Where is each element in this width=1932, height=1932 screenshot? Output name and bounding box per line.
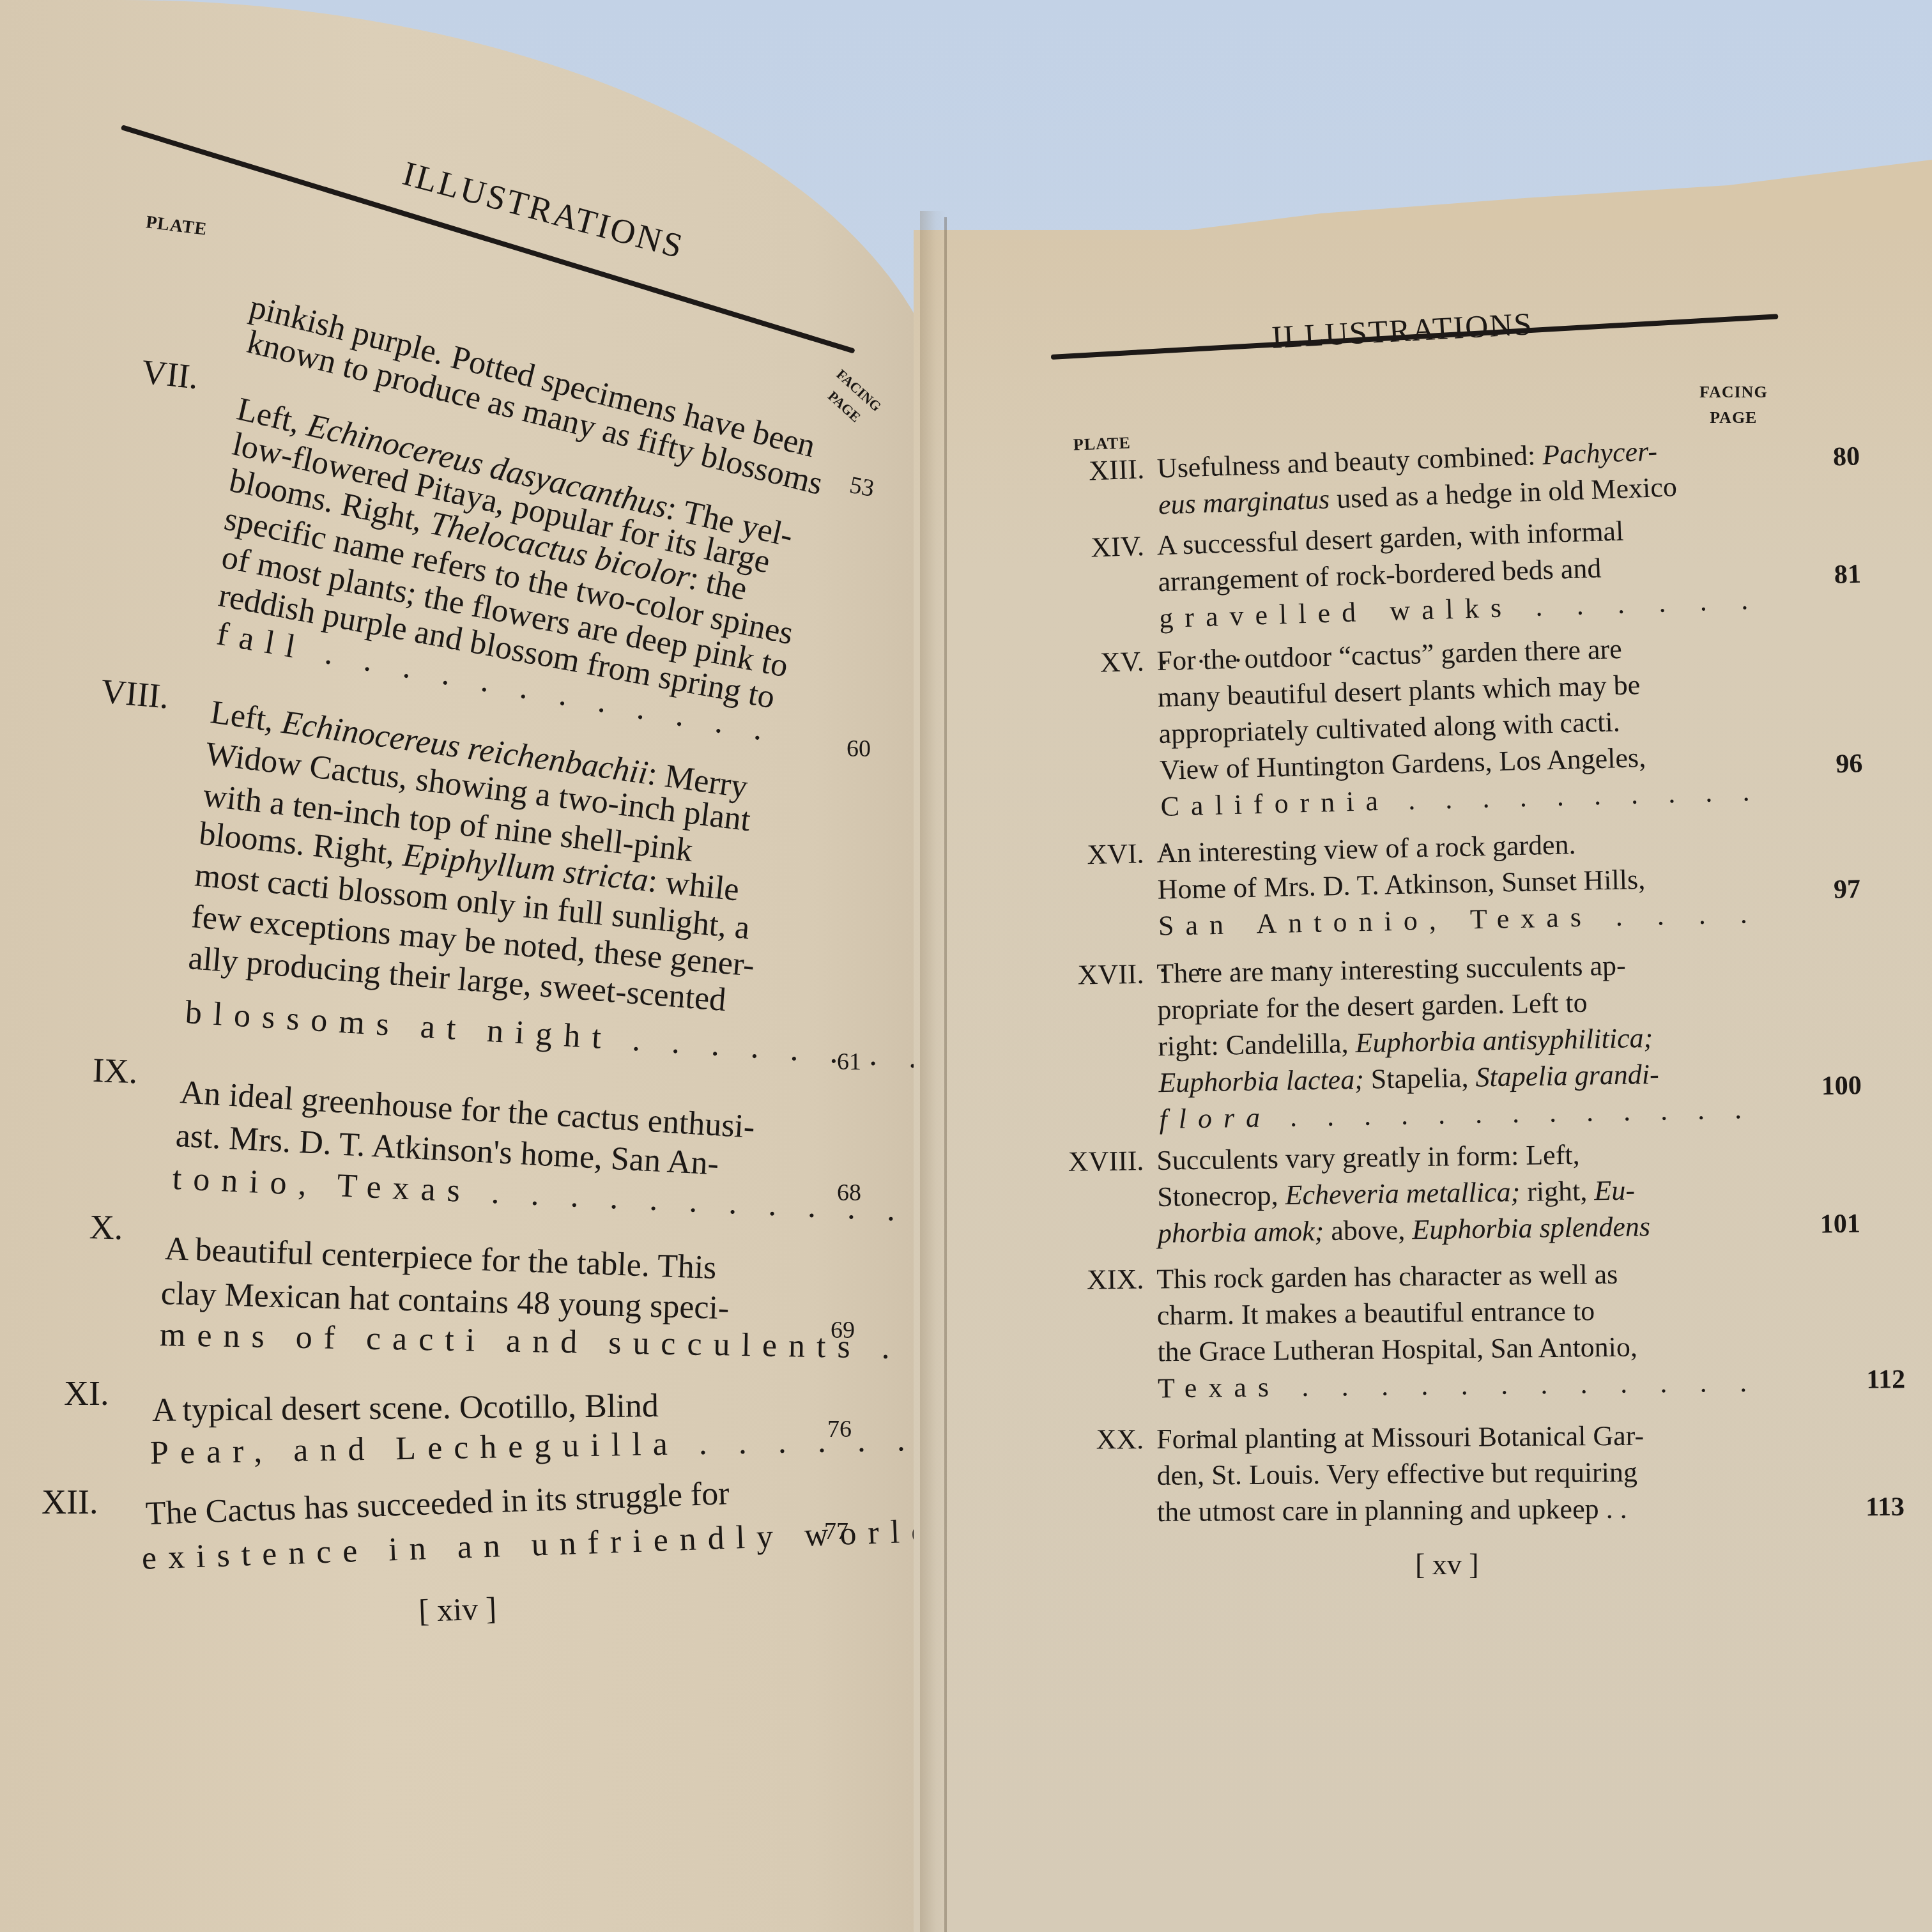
facing-page-number: 100 <box>1821 1068 1862 1105</box>
plate-number: XVI. <box>1061 835 1144 873</box>
page-folio: [ xiv ] <box>418 1590 497 1629</box>
caption-line: charm. It makes a beautiful entrance to <box>1157 1291 1758 1334</box>
book-gutter <box>920 211 946 1932</box>
facing-page-number: 69 <box>831 1316 855 1344</box>
facing-page-number: 97 <box>1833 871 1860 908</box>
plate-number: XX. <box>1061 1421 1144 1458</box>
caption: This rock garden has character as well a… <box>1156 1255 1759 1443</box>
facing-page-number: 61 <box>837 1048 861 1076</box>
facing-page-number: 76 <box>827 1415 852 1443</box>
facing-page-number: 101 <box>1820 1206 1860 1243</box>
plate-number: XI. <box>64 1374 109 1413</box>
facing-page-number: 112 <box>1866 1361 1905 1399</box>
caption-line: This rock garden has character as well a… <box>1156 1255 1758 1298</box>
facing-page-number: 80 <box>1832 438 1860 475</box>
plate-number: XIV. <box>1061 528 1145 567</box>
plate-number: IX. <box>92 1050 139 1091</box>
caption: There are many interesting succulents ap… <box>1156 945 1760 1137</box>
caption: Succulents vary greatly in form: Left, S… <box>1156 1134 1758 1252</box>
title-rule <box>121 125 855 353</box>
facing-page-number: 77 <box>824 1517 848 1545</box>
facing-page-label: FACING PAGE <box>1699 379 1768 431</box>
plate-number: VIII. <box>100 671 171 716</box>
left-page: ILLUSTRATIONS PLATE FACING PAGE pinkish … <box>0 0 952 1932</box>
facing-page-number: 68 <box>837 1179 861 1207</box>
facing-page-number: 81 <box>1834 556 1862 594</box>
caption-line: the utmost care in planning and upkeep .… <box>1157 1489 1758 1530</box>
page-folio: [ xv ] <box>1415 1547 1479 1581</box>
caption-line: Formal planting at Missouri Botanical Ga… <box>1156 1416 1757 1457</box>
facing-page-label: FACING PAGE <box>816 364 886 433</box>
plate-number: XIII. <box>1061 450 1145 490</box>
plate-number: XIX. <box>1061 1261 1144 1298</box>
facing-page-number: 113 <box>1866 1489 1905 1526</box>
page-title: ILLUSTRATIONS <box>399 153 689 266</box>
facing-page-number: 60 <box>847 735 871 763</box>
facing-page-number: 96 <box>1836 746 1863 783</box>
caption-line: den, St. Louis. Very effective but requi… <box>1156 1453 1757 1494</box>
caption-line: the Grace Lutheran Hospital, San Antonio… <box>1157 1328 1758 1370</box>
facing-label-line2: PAGE <box>1699 405 1768 431</box>
plate-number: X. <box>89 1207 123 1247</box>
facing-label-line1: FACING <box>1699 379 1768 405</box>
plate-number: XII. <box>42 1482 98 1522</box>
plate-column-label: PLATE <box>144 212 208 240</box>
plate-number: XV. <box>1061 643 1144 682</box>
caption-line: A typical desert scene. Ocotillo, Blind <box>152 1387 659 1429</box>
plate-number: XVII. <box>1061 956 1144 993</box>
facing-page-number: 53 <box>847 471 876 503</box>
book-spine-fold <box>944 217 947 1932</box>
plate-number: VII. <box>140 352 200 397</box>
caption: Formal planting at Missouri Botanical Ga… <box>1156 1416 1758 1530</box>
plate-number: XVIII. <box>1061 1142 1144 1180</box>
